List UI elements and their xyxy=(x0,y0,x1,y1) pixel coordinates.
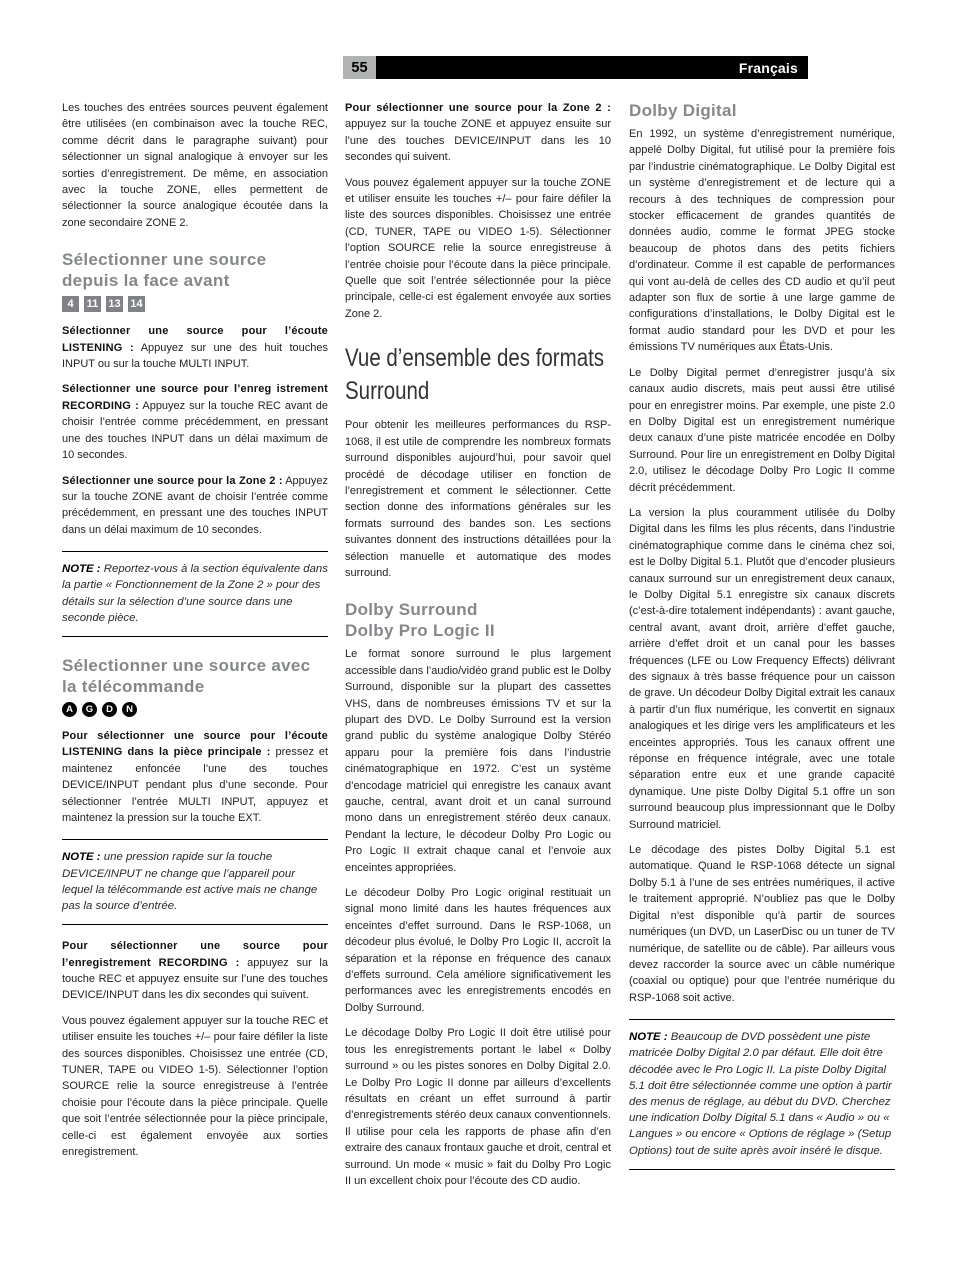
section-title-line: Dolby Surround xyxy=(345,599,611,620)
paragraph-dolby-digital-2: Le Dolby Digital permet d’enregistrer ju… xyxy=(629,365,895,496)
front-panel-button-refs: 4 11 13 14 xyxy=(62,296,328,312)
manual-page: 55 Français Les touches des entrées sour… xyxy=(0,0,954,1272)
remote-ref-badge: N xyxy=(122,702,137,717)
paragraph-dolby-digital-1: En 1992, un système d’enregistrement num… xyxy=(629,126,895,356)
paragraph-dolby-surround-3: Le décodage Dolby Pro Logic II doit être… xyxy=(345,1025,611,1189)
paragraph-surround-overview: Pour obtenir les meilleures performances… xyxy=(345,417,611,581)
chapter-title-line: Surround xyxy=(345,375,429,408)
section-title-dolby-surround: Dolby Surround Dolby Pro Logic II xyxy=(345,599,611,641)
remote-button-refs: A G D N xyxy=(62,702,328,717)
note-box-device-input: NOTE : une pression rapide sur la touche… xyxy=(62,839,328,925)
button-ref-badge: 14 xyxy=(128,296,145,312)
paragraph-recording-remote: Pour sélectionner une source pour l’enre… xyxy=(62,938,328,1004)
paragraph-dolby-digital-4: Le décodage des pistes Dolby Digital 5.1… xyxy=(629,842,895,1006)
paragraph-text: appuyez sur la touche ZONE et appuyez en… xyxy=(345,118,611,163)
paragraph-listening-front: Sélectionner une source pour l’écoute LI… xyxy=(62,323,328,372)
note-box-dvd: NOTE : Beaucoup de DVD possèdent une pis… xyxy=(629,1019,895,1170)
section-title-line: Sélectionner une source xyxy=(62,249,328,270)
section-title-line: Sélectionner une source avec xyxy=(62,655,328,676)
paragraph-dolby-surround-1: Le format sonore surround le plus largem… xyxy=(345,646,611,876)
paragraph-lead: Sélectionner une source pour la Zone 2 : xyxy=(62,475,283,487)
section-title-line: la télécommande xyxy=(62,676,328,697)
page-header: 55 Français xyxy=(343,56,808,79)
language-label: Français xyxy=(739,60,798,76)
intro-paragraph: Les touches des entrées sources peuvent … xyxy=(62,100,328,231)
remote-ref-badge: G xyxy=(82,702,97,717)
note-text: Reportez-vous à la section équivalente d… xyxy=(62,563,328,624)
paragraph-zone2-front: Sélectionner une source pour la Zone 2 :… xyxy=(62,473,328,539)
note-text: Beaucoup de DVD possèdent une piste matr… xyxy=(629,1031,892,1156)
note-text: une pression rapide sur la touche DEVICE… xyxy=(62,851,317,912)
column-2: Pour sélectionner une source pour la Zon… xyxy=(345,100,611,1198)
column-1: Les touches des entrées sources peuvent … xyxy=(62,100,328,1169)
paragraph-dolby-surround-2: Le décodeur Dolby Pro Logic original res… xyxy=(345,885,611,1016)
note-box-zone2: NOTE : Reportez-vous à la section équiva… xyxy=(62,551,328,637)
page-number: 55 xyxy=(343,56,376,79)
paragraph-zone2-alt: Vous pouvez également appuyer sur la tou… xyxy=(345,175,611,323)
section-title-line: Dolby Pro Logic II xyxy=(345,620,611,641)
button-ref-badge: 13 xyxy=(106,296,123,312)
paragraph-zone2-remote: Pour sélectionner une source pour la Zon… xyxy=(345,100,611,166)
paragraph-listening-remote: Pour sélectionner une source pour l’écou… xyxy=(62,728,328,826)
section-title-front-panel: Sélectionner une source depuis la face a… xyxy=(62,249,328,291)
paragraph-dolby-digital-3: La version la plus couramment utilisée d… xyxy=(629,505,895,833)
note-label: NOTE : xyxy=(62,563,101,575)
paragraph-recording-front: Sélectionner une source pour l’enreg ist… xyxy=(62,381,328,463)
chapter-title-line: Vue d’ensemble des formats xyxy=(345,342,563,375)
column-3: Dolby Digital En 1992, un système d’enre… xyxy=(629,100,895,1183)
paragraph-recording-alt: Vous pouvez également appuyer sur la tou… xyxy=(62,1013,328,1161)
note-label: NOTE : xyxy=(62,851,101,863)
language-bar: Français xyxy=(376,56,808,79)
section-title-dolby-digital: Dolby Digital xyxy=(629,100,895,121)
chapter-title-surround-overview: Vue d’ensemble des formats Surround xyxy=(345,342,611,408)
section-title-line: depuis la face avant xyxy=(62,270,328,291)
button-ref-badge: 4 xyxy=(62,296,79,312)
button-ref-badge: 11 xyxy=(84,296,101,312)
section-title-remote: Sélectionner une source avec la télécomm… xyxy=(62,655,328,697)
remote-ref-badge: D xyxy=(102,702,117,717)
note-label: NOTE : xyxy=(629,1031,668,1043)
paragraph-lead: Pour sélectionner une source pour la Zon… xyxy=(345,102,611,114)
remote-ref-badge: A xyxy=(62,702,77,717)
